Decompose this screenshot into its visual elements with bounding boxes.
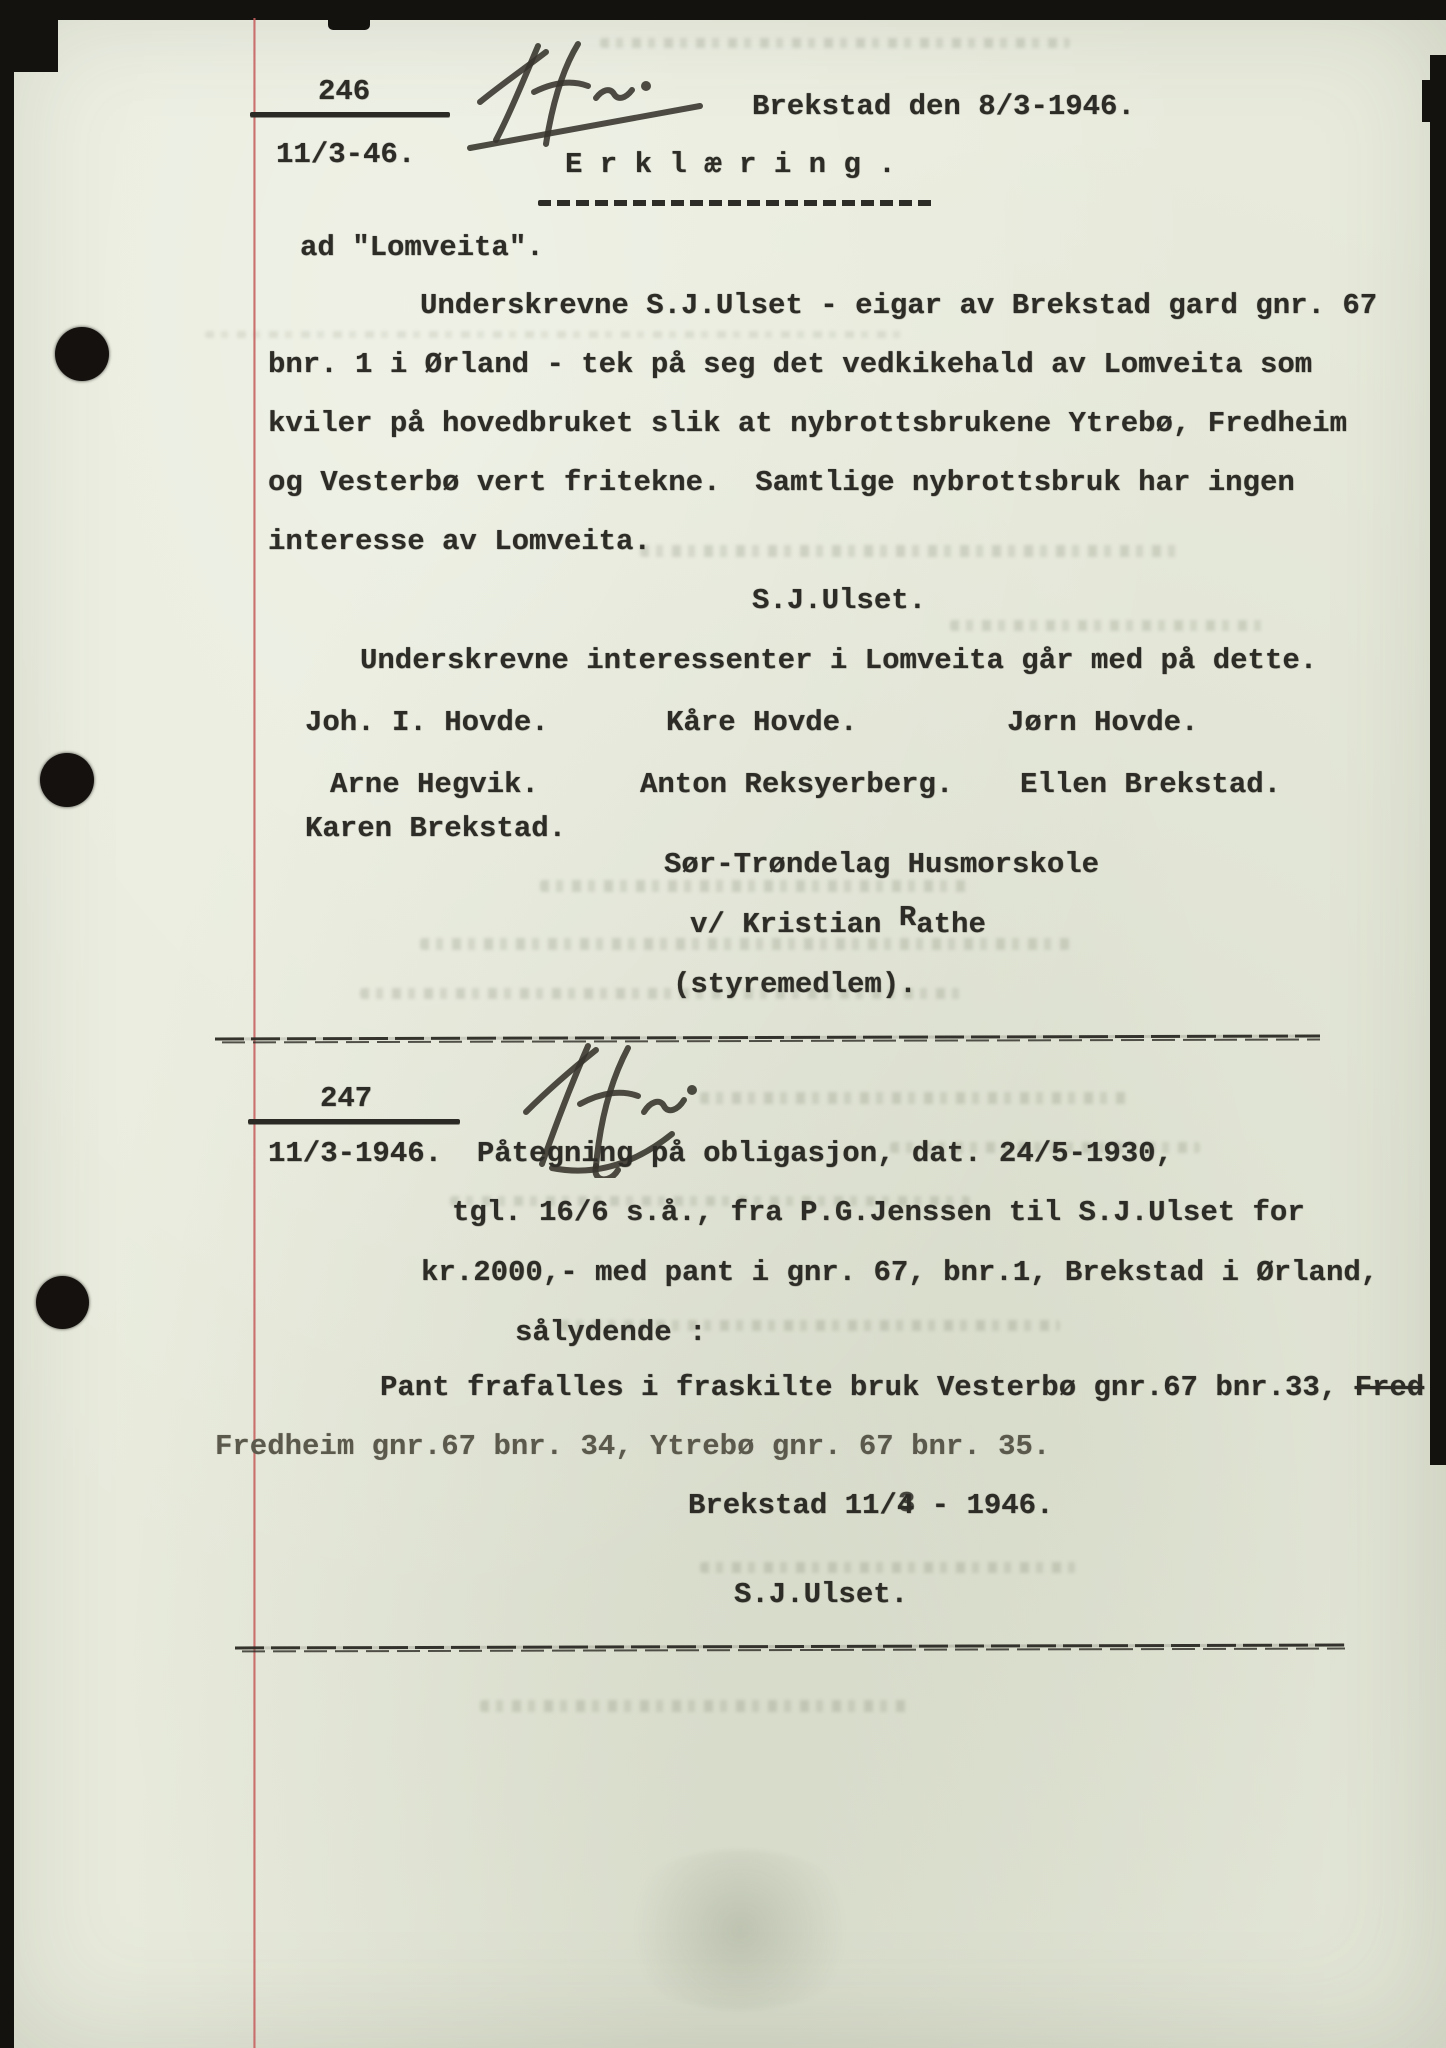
typed-line: kviler på hovedbruket slik at nybrottsbr… — [268, 407, 1347, 441]
entry-246-underline — [250, 112, 450, 117]
signatory-name: Kåre Hovde. — [666, 706, 857, 740]
scan-edge-left — [0, 0, 14, 2048]
signatory-name: Karen Brekstad. — [305, 812, 566, 846]
closing-place-date: Brekstad 11/34 - 1946. — [688, 1489, 1053, 1523]
bleedthrough-smudge — [480, 1700, 910, 1712]
entry-heading: E r k l æ r i n g . — [565, 148, 896, 182]
punch-hole — [55, 327, 109, 381]
bleedthrough-smudge — [205, 331, 905, 338]
typed-line: Pant frafalles i fraskilte bruk Vesterbø… — [380, 1371, 1424, 1405]
signatory-name: Ellen Brekstad. — [1020, 768, 1281, 802]
institution-name: Sør-Trøndelag Husmorskole — [664, 848, 1099, 882]
bleedthrough-smudge — [610, 1850, 870, 2010]
signatory-name: Jørn Hovde. — [1007, 706, 1198, 740]
signature-line: S.J.Ulset. — [734, 1578, 908, 1612]
subject-line: ad "Lomveita". — [300, 231, 544, 265]
typed-line: bnr. 1 i Ørland - tek på seg det vedkike… — [268, 348, 1312, 382]
typed-line: Fredheim gnr.67 bnr. 34, Ytrebø gnr. 67 … — [215, 1430, 1050, 1464]
bleedthrough-smudge — [950, 620, 1270, 631]
entry-247-underline — [248, 1119, 460, 1124]
place-date-line: Brekstad den 8/3-1946. — [752, 90, 1135, 124]
typed-line: tgl. 16/6 s.å., fra P.G.Jenssen til S.J.… — [452, 1196, 1305, 1230]
signature-line: S.J.Ulset. — [752, 584, 926, 618]
signatory-name: Anton Reksyerberg. — [640, 768, 953, 802]
typed-line: Underskrevne S.J.Ulset - eigar av Brekst… — [420, 289, 1377, 323]
bleedthrough-smudge — [640, 545, 1180, 557]
scanned-register-page: { "document_type": "Skanna tinglysingssi… — [0, 0, 1446, 2048]
typed-line: og Vesterbø vert fritekne. Samtlige nybr… — [268, 466, 1295, 500]
struck-out-word: Fred — [1355, 1371, 1425, 1404]
institution-representative: v/ Kristian Rathe — [690, 908, 986, 942]
typed-line: sålydende : — [515, 1316, 706, 1350]
scan-edge-right-blob — [1422, 80, 1446, 122]
signatory-name: Joh. I. Hovde. — [305, 706, 549, 740]
bleedthrough-smudge — [700, 1562, 1080, 1573]
scan-edge-notch — [328, 18, 370, 30]
raised-initial: R — [899, 901, 916, 934]
punch-hole — [40, 753, 94, 807]
margin-rule — [253, 18, 256, 2048]
entry-date: 11/3-46. — [276, 138, 415, 172]
handwritten-kfr-mark — [450, 40, 720, 152]
entry-number: 247 — [320, 1082, 372, 1116]
entry-number: 246 — [318, 75, 370, 109]
institution-role: (styremedlem). — [673, 968, 917, 1002]
signatory-name: Arne Hegvik. — [330, 768, 539, 802]
typed-line: kr.2000,- med pant i gnr. 67, bnr.1, Bre… — [421, 1256, 1378, 1290]
bleedthrough-smudge — [700, 1092, 1130, 1104]
heading-dashed-underline — [538, 200, 936, 206]
typed-line: 11/3-1946. Påtegning på obligasjon, dat.… — [268, 1137, 1173, 1171]
scan-edge-top — [0, 0, 1446, 20]
punch-hole — [36, 1276, 89, 1329]
overtyped-digit: 34 — [897, 1489, 914, 1523]
scan-edge-right — [1430, 55, 1446, 1465]
typed-line: Underskrevne interessenter i Lomveita gå… — [360, 644, 1317, 678]
typed-line: interesse av Lomveita. — [268, 525, 651, 559]
